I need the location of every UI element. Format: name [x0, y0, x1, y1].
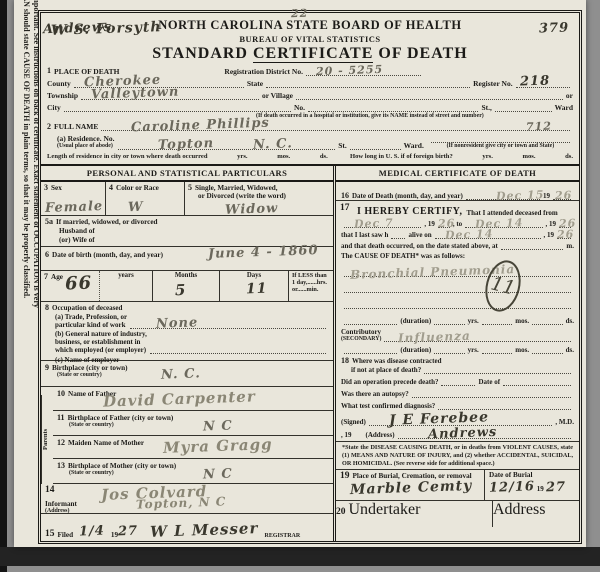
city-label: City: [47, 103, 61, 112]
contrib-duration-label: (duration): [400, 346, 431, 354]
father-birthplace-row: 11Birthplace of Father (city or town) (S…: [53, 411, 333, 436]
duration-ds-label: ds.: [566, 317, 574, 325]
certify-block: 17 I HEREBY CERTIFY, That I attended dec…: [336, 201, 579, 260]
duration-label: (duration): [400, 317, 431, 325]
death-date-line: Dec 15: [466, 191, 540, 200]
certificate-paper: PHYSICIAN should state CAUSE OF DEATH in…: [14, 0, 586, 547]
md-label: , M.D.: [555, 418, 574, 426]
contributory-block: Contributory (SECONDARY) Influenza (dura…: [336, 325, 579, 354]
circled-duration-value: 11: [489, 273, 518, 300]
title-pre: STANDARD: [152, 45, 253, 62]
secondary-label: (SECONDARY): [341, 336, 381, 342]
autopsy-label: Was there an autopsy?: [341, 390, 409, 398]
spouse-label: If married, widowed, or divorced: [56, 218, 158, 226]
burial-date-label: Date of Burial: [489, 471, 533, 479]
undertaker-cell: 20Undertaker W S. Forsyth: [336, 501, 493, 527]
street-line: [495, 103, 552, 112]
mother-state-label: (State or country): [69, 470, 329, 476]
registration-district-label: Registration District No.: [224, 67, 303, 76]
item-11: 11: [57, 413, 65, 422]
filed-label: Filed: [58, 531, 74, 539]
undertaker-address-label: Address: [493, 501, 545, 518]
personal-column-title: PERSONAL AND STATISTICAL PARTICULARS: [41, 166, 333, 182]
contracted-label-2: if not at place of death?: [351, 366, 421, 374]
mother-value: Myra Gragg: [163, 435, 273, 457]
mother-name-row: 12Maiden Name of Mother Myra Gragg: [53, 436, 333, 459]
less-than-label-2: 1 day,......hrs.: [292, 279, 330, 286]
register-no-value: 218: [519, 73, 550, 90]
signed-label: (Signed): [341, 418, 366, 426]
contrib-ds-line: [532, 345, 563, 354]
residence-row: (a) Residence. No. (Usual place of abode…: [41, 134, 579, 150]
certificate-form: NORTH CAROLINA STATE BOARD OF HEALTH BUR…: [38, 10, 582, 544]
contrib-mos-line: [482, 345, 513, 354]
township-label: Township: [47, 91, 78, 100]
last-saw-label: that I last saw h: [341, 231, 388, 239]
last-saw-year-value: 26: [557, 228, 575, 242]
or-village-label: or Village: [262, 91, 293, 100]
birthplace-row: 9Birthplace (city or town) (State or cou…: [41, 361, 333, 387]
item-6: 6: [45, 250, 49, 259]
register-no-label: Register No.: [473, 79, 512, 88]
husband-of-label: Husband of: [59, 227, 329, 236]
autopsy-row: Was there an autopsy?: [336, 386, 579, 398]
duration-mos-line: [482, 316, 513, 325]
columns: PERSONAL AND STATISTICAL PARTICULARS 3Se…: [41, 164, 579, 541]
burial-date-value: 12/16: [489, 480, 535, 497]
item-1: 1: [47, 66, 51, 76]
item-15: 15: [45, 529, 55, 539]
autopsy-line: [412, 389, 571, 398]
undertaker-label: Undertaker: [349, 501, 421, 518]
days-header: Days: [223, 272, 285, 279]
trade-label-2: particular kind of work: [55, 321, 127, 329]
registrar-signature: W L Messer: [150, 519, 259, 541]
full-name-suffix: 712: [526, 120, 552, 134]
ds-label: ds.: [320, 153, 328, 161]
yrs-label-2: yrs.: [482, 153, 492, 161]
title-post: OF DEATH: [373, 45, 467, 62]
margin-note-line1: PHYSICIAN should state CAUSE OF DEATH in…: [22, 0, 31, 298]
burial-date-cell: Date of Burial 12/16 19 27: [485, 470, 579, 500]
full-name-line: Caroline Phillips 712: [101, 122, 570, 131]
item-3: 3: [44, 183, 48, 192]
age-months-value: 5: [175, 280, 187, 298]
certificate-number: 379: [539, 20, 570, 36]
item-12: 12: [57, 438, 65, 447]
registration-district-value: 20 - 5255: [316, 63, 384, 79]
to-year-prefix: , 19: [546, 220, 557, 228]
cause-footnote: *State the DISEASE CAUSING DEATH, or in …: [336, 442, 579, 470]
filed-row: 15 Filed 1/4 19 27 W L Messer REGISTRAR: [41, 514, 333, 541]
birth-date-label: Date of birth (month, day, and year): [52, 251, 163, 259]
operation-line: [441, 377, 475, 386]
item-5a: 5a: [45, 217, 53, 226]
spouse-row: 5aIf married, widowed, or divorced Husba…: [41, 216, 333, 247]
death-occurred-label: and that death occurred, on the date sta…: [341, 242, 498, 250]
village-line: [296, 91, 563, 100]
city-row-group: City No. St., Ward (If death occurred in…: [41, 100, 579, 119]
race-cell: 4Color or Race W: [106, 182, 185, 214]
item-14: 14: [45, 485, 55, 495]
filed-date-value: 1/4: [79, 524, 105, 540]
sex-race-marital-row: 3Sex Female 4Color or Race W 5Single, Ma…: [41, 182, 333, 215]
contributory-line: Influenza: [384, 333, 571, 342]
cause-line-2: [344, 284, 571, 293]
operation-label: Did an operation precede death?: [341, 378, 438, 386]
operation-row: Did an operation precede death? Date of: [336, 374, 579, 386]
contrib-yrs-label: yrs.: [468, 346, 479, 354]
occupation-label: Occupation of deceased: [52, 304, 122, 312]
attended-from-line: Dec 7: [344, 219, 421, 228]
yrs-label: yrs.: [237, 153, 247, 161]
contrib-duration-gap: [344, 345, 397, 354]
item-8: 8: [45, 303, 49, 312]
duration-mos-label: mos.: [515, 317, 529, 325]
mos-label: mos.: [277, 153, 290, 161]
birthplace-value: N. C.: [161, 367, 201, 383]
last-saw-value: Dec 14: [444, 227, 493, 242]
item-2: 2: [47, 122, 51, 132]
death-year-line: 26: [553, 191, 571, 200]
duration-yrs-label: yrs.: [468, 317, 479, 325]
father-state-label: (State or country): [69, 422, 329, 428]
duration-gap-line: [344, 316, 397, 325]
months-header: Months: [156, 272, 216, 279]
scanned-death-certificate-page: { "t": { "board": "NORTH CAROLINA STATE …: [0, 0, 600, 572]
birth-date-value: June 4 - 1860: [208, 243, 319, 262]
industry-line: [150, 345, 326, 354]
contributory-label: Contributory: [341, 328, 381, 336]
ds-label-2: ds.: [565, 153, 573, 161]
industry-label-3: which employed (or employer): [55, 346, 147, 354]
township-line: Valleytown: [81, 91, 259, 100]
trade-line: None: [130, 320, 326, 329]
age-years-value: 66: [65, 272, 93, 294]
registrar-label: REGISTRAR: [265, 533, 301, 539]
city-row: City No. St., Ward: [41, 103, 579, 112]
from-year-line: 26: [438, 219, 450, 228]
age-years-cell: years: [99, 271, 153, 302]
age-cell: 7Age 66: [41, 271, 99, 302]
title-mid: CERTIFICATE: [253, 45, 373, 63]
scan-left-edge: [0, 0, 7, 572]
filed-year-value: 27: [118, 524, 139, 540]
contracted-label-1: Where was disease contracted: [352, 357, 442, 365]
age-label: Age: [51, 273, 63, 281]
nonresident-note: (If nonresident give city or town and St…: [428, 143, 573, 150]
father-birthplace-value: N C: [203, 419, 233, 435]
length-of-residence-row: Length of residence in city or town wher…: [41, 153, 579, 161]
physician-address-label: (Address): [366, 431, 395, 439]
last-saw-line: Dec 14: [435, 230, 541, 239]
item-5: 5: [188, 183, 192, 192]
item-4: 4: [109, 183, 113, 192]
nonresident-line: [431, 136, 570, 143]
operation-date-line: [503, 377, 571, 386]
or-suffix: or: [566, 91, 573, 100]
age-days-value: 11: [246, 280, 268, 297]
item-18: 18: [341, 356, 349, 365]
house-no-label: No.: [294, 103, 305, 112]
medical-column-title: MEDICAL CERTIFICATE OF DEATH: [336, 166, 579, 182]
marital-label-2: or Divorced (write the word): [198, 192, 330, 200]
to-year-line: 26: [559, 219, 571, 228]
mos-label-2: mos.: [522, 153, 535, 161]
race-label: Color or Race: [116, 184, 159, 192]
item-17: 17: [340, 203, 350, 213]
burial-place-value: Marble Cemty: [350, 478, 473, 498]
residence-label: (a) Residence. No.: [57, 134, 115, 143]
residence-street-label: St.: [338, 141, 347, 150]
state-line: [266, 79, 470, 88]
item-9: 9: [45, 363, 49, 372]
certify-label: I HEREBY CERTIFY,: [357, 206, 463, 217]
contrib-mos-label: mos.: [515, 346, 529, 354]
less-than-day-cell: If LESS than 1 day,......hrs. or......mi…: [289, 271, 333, 302]
father-name-row: 10Name of Father David Carpenter: [53, 387, 333, 411]
house-no-line: [308, 103, 478, 112]
death-date-row: 16 Date of Death (month, day, and year) …: [336, 182, 579, 201]
undertaker-row: 20Undertaker W S. Forsyth Address Andrew…: [336, 501, 579, 527]
less-than-label-1: If LESS than: [292, 272, 330, 279]
state-label: State: [247, 79, 263, 88]
undertaker-address-cell: Address Andrews: [493, 501, 579, 527]
signed-year-prefix: , 19: [341, 431, 352, 439]
age-months-cell: Months 5: [153, 271, 220, 302]
meridiem-label: m.: [566, 242, 574, 250]
physician-address-line: Andrews: [398, 430, 571, 439]
mother-birthplace-row: 13Birthplace of Mother (city or town) (S…: [53, 459, 333, 484]
medical-column: MEDICAL CERTIFICATE OF DEATH 16 Date of …: [336, 166, 579, 541]
operation-date-label: Date of: [478, 378, 500, 386]
registration-district-line: 20 - 5255: [306, 67, 421, 76]
sex-label: Sex: [51, 184, 62, 192]
city-line: [64, 103, 291, 112]
burial-year-value: 27: [545, 480, 566, 496]
test-label: What test confirmed diagnosis?: [341, 402, 435, 410]
death-time-line: [501, 241, 564, 250]
sex-cell: 3Sex Female: [41, 182, 106, 214]
full-name-row: 2 FULL NAME Caroline Phillips 712: [41, 122, 579, 132]
duration-ds-line: [532, 316, 563, 325]
county-label: County: [47, 79, 71, 88]
industry-label-1: (b) General nature of industry,: [55, 330, 147, 338]
age-days-cell: Days 11: [220, 271, 289, 302]
personal-column: PERSONAL AND STATISTICAL PARTICULARS 3Se…: [41, 166, 336, 541]
father-birthplace-label: Birthplace of Father (city or town): [68, 414, 174, 422]
last-saw-year-line: 26: [557, 230, 571, 239]
residence-state-value: N. C.: [252, 136, 292, 153]
ward-label: Ward: [555, 103, 573, 112]
burial-year-prefix: 19: [537, 485, 544, 493]
cause-line-3: [344, 300, 571, 309]
scan-bottom-band: [0, 547, 600, 566]
residence-value: Topton: [157, 136, 214, 154]
cause-of-death-block: Bronchial Pneumonia (duration) yrs. mos.…: [336, 260, 579, 325]
parents-vertical-label: Parents: [41, 395, 53, 484]
years-header: years: [103, 272, 149, 279]
item-16: 16: [341, 191, 349, 201]
test-line: [438, 401, 571, 410]
handwritten-mark: 22: [291, 7, 309, 21]
cause-line-1: Bronchial Pneumonia: [344, 268, 571, 277]
less-than-label-3: or......min.: [292, 286, 330, 293]
marital-value: Widow: [225, 201, 279, 218]
birthplace-label: Birthplace (city or town): [52, 364, 128, 372]
item-13: 13: [57, 461, 65, 470]
township-row: Township Valleytown or Village or: [41, 91, 579, 100]
hospital-note: (If death occurred in a hospital or inst…: [41, 113, 579, 119]
race-value: W: [128, 199, 144, 215]
undertaker-address-value: Andrews: [43, 20, 113, 37]
certificate-title: 22STANDARD CERTIFICATE OF DEATH: [41, 45, 579, 63]
residence-ward-label: Ward.: [404, 141, 424, 150]
item-10: 10: [57, 389, 65, 398]
burial-row: 19Place of Burial, Cremation, or removal…: [336, 470, 579, 501]
from-year-prefix: , 19: [424, 220, 435, 228]
last-saw-gap-line: [391, 230, 405, 239]
mother-birthplace-label: Birthplace of Mother (city or town): [68, 462, 176, 470]
marital-cell: 5Single, Married, Widowed, or Divorced (…: [185, 182, 333, 214]
physician-address-value: Andrews: [427, 424, 497, 442]
mother-birthplace-value: N C: [203, 467, 233, 483]
township-value: Valleytown: [91, 84, 180, 103]
signed-row: (Signed) J E Ferebee , M.D.: [336, 410, 579, 426]
trade-label-1: (a) Trade, Profession, or: [55, 313, 127, 321]
last-saw-year-prefix: , 19: [544, 231, 555, 239]
residence-street-line: [350, 141, 401, 150]
physician-address-row: , 19 (Address) Andrews: [336, 426, 579, 442]
occupation-row: 8Occupation of deceased (a) Trade, Profe…: [41, 302, 333, 361]
full-name-label: FULL NAME: [54, 122, 98, 131]
contracted-line: [424, 365, 571, 374]
birth-date-row: 6Date of birth (month, day, and year) Ju…: [41, 247, 333, 271]
sex-value: Female: [45, 199, 104, 216]
contrib-ds-label: ds.: [566, 346, 574, 354]
mother-label: Maiden Name of Mother: [68, 439, 144, 447]
occupation-value: None: [156, 315, 199, 331]
parents-section: Parents 10Name of Father David Carpenter…: [41, 387, 333, 484]
marital-label: Single, Married, Widowed,: [195, 184, 278, 192]
age-row: 7Age 66 years Months 5 Days 11: [41, 271, 333, 303]
alive-on-label: alive on: [408, 231, 431, 239]
length-residence-label: Length of residence in city or town wher…: [47, 153, 208, 161]
item-19: 19: [340, 471, 350, 481]
duration-yrs-line: [434, 316, 465, 325]
abode-note: (Usual place of abode): [57, 143, 115, 150]
father-value: David Carpenter: [103, 387, 256, 410]
cause-of-death-heading: The CAUSE OF DEATH* was as follows:: [341, 252, 465, 260]
residence-line: Topton N. C.: [118, 141, 336, 150]
contributory-value: Influenza: [398, 329, 471, 346]
attended-from-value: Dec 7: [354, 216, 394, 230]
disease-contracted-row: 18Where was disease contracted if not at…: [336, 354, 579, 374]
test-row: What test confirmed diagnosis?: [336, 398, 579, 410]
item-7: 7: [44, 272, 48, 281]
street-label: St.,: [481, 103, 491, 112]
item-20: 20: [336, 507, 346, 517]
signed-line: J E Ferebee: [369, 417, 552, 426]
burial-place-cell: 19Place of Burial, Cremation, or removal…: [336, 470, 485, 500]
industry-label-2: business, or establishment in: [55, 338, 147, 346]
contrib-yrs-line: [434, 345, 465, 354]
register-no-line: 218: [516, 79, 570, 88]
foreign-birth-label: How long in U. S. if of foreign birth?: [350, 153, 453, 161]
death-date-label: Date of Death (month, day, and year): [352, 192, 463, 200]
informant-row: 14 Informant (Address) Jos Colvard Topto…: [41, 484, 333, 514]
